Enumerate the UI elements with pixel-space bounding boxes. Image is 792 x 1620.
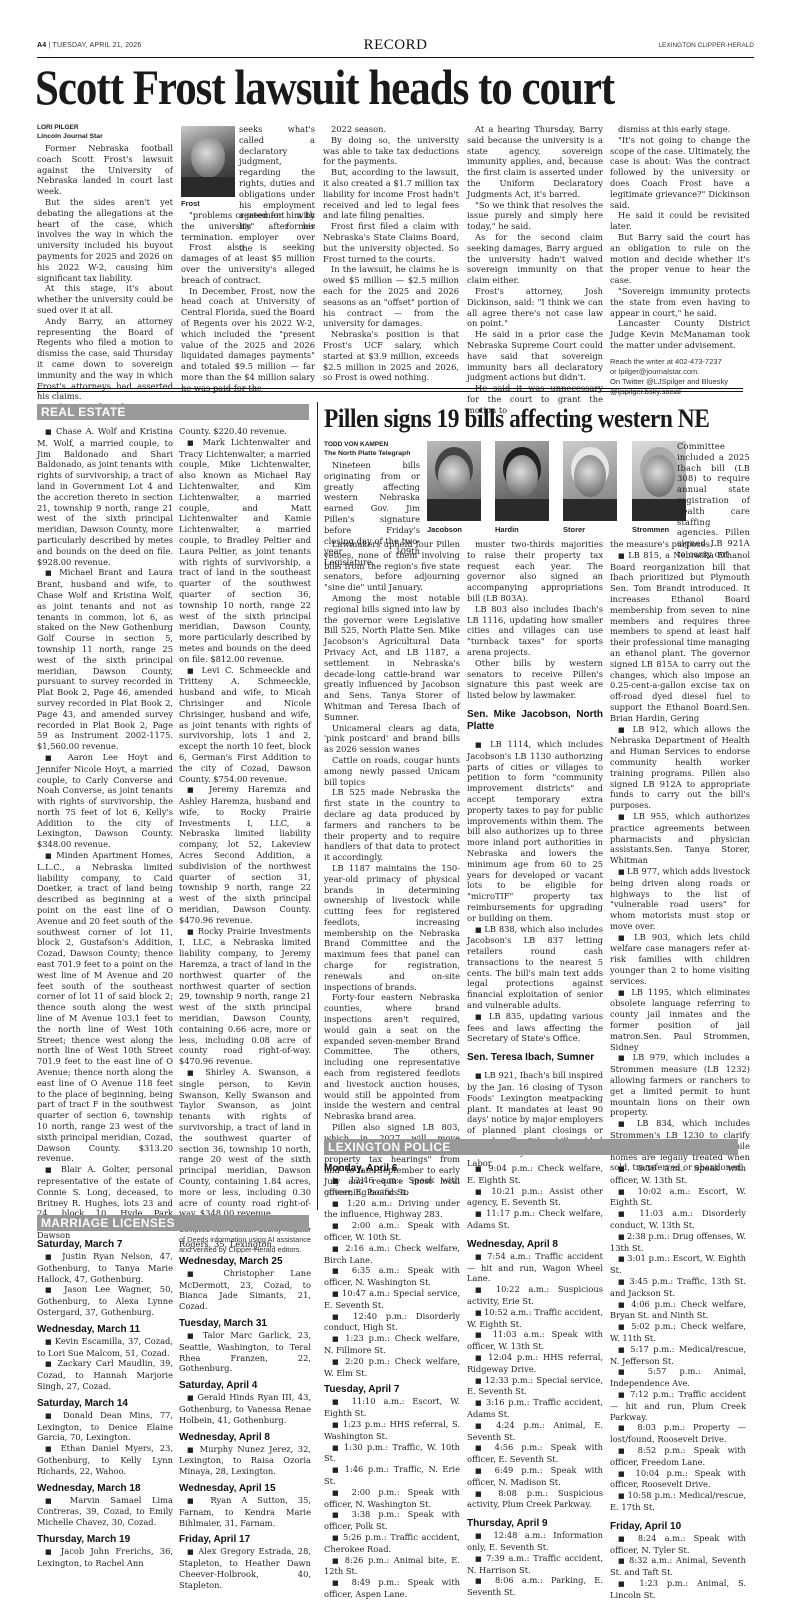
senator-photo-jacobson: Jacobson (427, 441, 481, 534)
list-item: Justin Ryan Nelson, 47, Gothenburg, to T… (37, 1251, 173, 1284)
list-item: Jacob John Frerichs, 36, Lexington, to R… (37, 1546, 173, 1569)
list-item: LB 977, which adds livestock being drive… (610, 866, 750, 932)
frost-photo: Frost (181, 126, 235, 208)
senator-photo-hardin: Hardin (495, 441, 549, 534)
marriage-col-2-body: Wednesday, March 25Christopher Lane McDe… (179, 1256, 311, 1591)
pillen-byline: TODD VON KAMPEN (324, 441, 420, 449)
day-heading: Tuesday, March 31 (179, 1318, 311, 1330)
photo-caption: Storer (563, 525, 617, 534)
list-item: 11:10 a.m.: Escort, W. Eighth St. (324, 1396, 460, 1419)
list-item: 10:22 a.m.: Suspicious activity, Erie St… (467, 1284, 603, 1307)
marriage-col-1: Saturday, March 7Justin Ryan Nelson, 47,… (37, 1239, 173, 1569)
subhead-jacobson: Sen. Mike Jacobson, North Platte (467, 709, 603, 733)
day-heading: Wednesday, March 25 (179, 1256, 311, 1268)
frost-col-1: LORI PILGER Lincoln Journal Star Former … (37, 124, 173, 413)
suit-shape (427, 499, 481, 521)
contact-line: or lpilger@journalstar.com. (610, 367, 750, 377)
face-shape (506, 455, 538, 497)
list-item: Talor Marc Garlick, 23, Seattle, Washing… (179, 1330, 311, 1374)
list-item: 7:39 a.m.: Traffic accident, N. Harrison… (467, 1553, 603, 1576)
paragraph: At this stage, it's about whether the un… (37, 283, 173, 315)
senator-photo-storer: Storer (563, 441, 617, 534)
list-item: LB 1195, which eliminates obsolete langu… (610, 987, 750, 1053)
portrait-image (427, 441, 481, 521)
list-item: 6:35 a.m.: Speak with officer, N. Washin… (324, 1265, 460, 1288)
list-item: Zackary Carl Maudlin, 39, Cozad, to Hann… (37, 1358, 173, 1391)
list-item: LB 835, updating various fees and laws a… (467, 1011, 603, 1044)
list-item: 5:02 p.m.: Check welfare, W. 11th St. (610, 1321, 746, 1344)
list-item: 6:49 p.m.: Speak with officer, N. Madiso… (467, 1465, 603, 1488)
list-item: 1:23 p.m.: Animal, S. Lincoln St. (610, 1578, 746, 1601)
list-item: LB 838, which also includes Jacobson's L… (467, 924, 603, 1011)
list-item: Ethan Daniel Myers, 23, Gothenburg, to K… (37, 1443, 173, 1476)
section-divider (37, 388, 743, 392)
list-item: Kevin Escamilla, 37, Cozad, to Lori Sue … (37, 1336, 173, 1359)
list-item: LB 1114, which includes Jacobson's LB 11… (467, 739, 603, 924)
list-item: LB 955, which authorizes practice agreem… (610, 811, 750, 866)
list-item: LB 903, which lets child welfare case ma… (610, 932, 750, 987)
frost-col-3: 2022 season.By doing so, the university … (323, 124, 459, 383)
day-heading: Wednesday, April 15 (179, 1483, 311, 1495)
photo-caption: Jacobson (427, 525, 481, 534)
list-item: 5:26 p.m.: Traffic accident, Cherokee Ro… (324, 1532, 460, 1555)
list-item: 11:03 a.m.: Speak with officer, W. 13th … (467, 1329, 603, 1352)
list-item: 8:49 p.m.: Speak with officer, Aspen Lan… (324, 1577, 460, 1600)
real-estate-col-2-body: County. $220.40 revenue.Mark Lichtenwalt… (179, 426, 311, 1219)
list-item: LB 979, which includes a Strommen measur… (610, 1052, 750, 1118)
list-item: 8:08 p.m.: Suspicious activity, Plum Cre… (467, 1488, 603, 1511)
list-item: Michael Brant and Laura Brant, husband a… (37, 567, 173, 752)
list-item: Rocky Prairie Investments I, LLC, a Nebr… (179, 926, 311, 1067)
contact-line: Reach the writer at 402-473-7237 (610, 357, 750, 367)
paragraph: But, according to the lawsuit, it also c… (323, 167, 459, 221)
list-item: 9:04 p.m.: Check welfare, E. Eighth St. (467, 1163, 603, 1186)
pillen-col-2-top: muster two-thirds majorities to raise th… (467, 539, 603, 701)
police-col-2-top: 9:04 p.m.: Check welfare, E. Eighth St.1… (467, 1163, 603, 1231)
list-item: 11:03 a.m.: Disorderly conduct, W. 13th … (610, 1208, 746, 1231)
paragraph: Among the most notable regional bills si… (324, 593, 460, 723)
list-item: 3:16 p.m.: Traffic accident, Adams St. (467, 1397, 603, 1420)
list-item: 7:54 a.m.: Traffic accident — hit and ru… (467, 1251, 603, 1284)
list-item: 4:06 p.m.: Check welfare, Bryan St. and … (610, 1299, 746, 1322)
list-item: Chase A. Wolf and Kristina M. Wolf, a ma… (37, 426, 173, 567)
list-item: 10:02 a.m.: Escort, W. Eighth St. (610, 1186, 746, 1209)
list-item: 1:46 p.m.: Traffic, N. Erie St. (324, 1464, 460, 1487)
photo-caption: Hardin (495, 525, 549, 534)
portrait-image (495, 441, 549, 521)
day-heading: Thursday, March 19 (37, 1534, 173, 1546)
list-item: 7:12 p.m.: Traffic accident — hit and ru… (610, 1389, 746, 1422)
list-item: 12:40 p.m.: Disorderly conduct, High St. (324, 1311, 460, 1334)
paragraph: Lancaster County District Judge Kevin Mc… (610, 318, 750, 350)
frost-col-5-body: dismiss at this early stage."It's not go… (610, 124, 750, 351)
list-item: 3:45 p.m.: Traffic, 13th St. and Jackson… (610, 1276, 746, 1299)
list-item: 10:47 a.m.: Special service, E. Seventh … (324, 1288, 460, 1311)
face-shape (574, 455, 606, 497)
paragraph: "Sovereign immunity protects the state f… (610, 286, 750, 318)
list-item: Minden Apartment Homes, L.L.C., a Nebras… (37, 850, 173, 1164)
frost-byline: LORI PILGER (37, 124, 173, 132)
day-heading: Wednesday, April 8 (467, 1239, 603, 1251)
suit-shape (181, 177, 235, 197)
pillen-source: The North Platte Telegraph (324, 449, 420, 458)
frost-photo-caption: Frost (181, 199, 235, 208)
list-item: 2:16 a.m.: Check welfare, Birch Lane. (324, 1243, 460, 1266)
police-col-3-body: Friday, April 108:24 a.m.: Speak with of… (610, 1521, 746, 1601)
day-heading: Saturday, March 7 (37, 1239, 173, 1251)
marriage-col-2: Rogers, 35, Lexington. Wednesday, March … (179, 1239, 311, 1591)
marriage-licenses-header: MARRIAGE LICENSES (37, 1215, 309, 1231)
face-shape (438, 455, 470, 497)
paragraph: But Barry said the court has an obligati… (610, 232, 750, 286)
paragraph: As for the second claim seeking damages,… (467, 232, 603, 286)
day-heading: Tuesday, April 7 (324, 1384, 460, 1396)
list-item: 4:24 p.m.: Animal, E. Seventh St. (467, 1420, 603, 1443)
frost-col-5: dismiss at this early stage."It's not go… (610, 124, 750, 397)
section-name: RECORD (37, 37, 754, 54)
list-item: Aaron Lee Hoyt and Jennifer Nicole Hoyt,… (37, 752, 173, 850)
folio-bar: A4 | TUESDAY, APRIL 21, 2026 RECORD LEXI… (37, 38, 754, 58)
day-heading: Wednesday, April 8 (179, 1432, 311, 1444)
paragraph: LB 803 also includes Ibach's LB 1116, up… (467, 604, 603, 658)
contact-line: On Twitter @LJSpilger and Bluesky (610, 377, 750, 387)
day-heading: Saturday, March 14 (37, 1398, 173, 1410)
list-item: LB 912, which allows the Nebraska Depart… (610, 724, 750, 811)
paragraph: the measure's purposes. (610, 539, 750, 550)
paragraph: By doing so, the university was able to … (323, 135, 459, 167)
list-item: Donald Dean Mins, 77, Lexington, to Deni… (37, 1410, 173, 1443)
pillen-col-1: Lawmakers upheld four Pillen vetoes, non… (324, 539, 460, 1198)
frost-col-1-body: Former Nebraska football coach Scott Fro… (37, 143, 173, 413)
list-item: 12:33 p.m.: Special service, E. Seventh … (467, 1375, 603, 1398)
list-item: LB 815, a Nebraska Ethanol Board reorgan… (610, 550, 750, 724)
suit-shape (495, 499, 549, 521)
list-item: 2:00 p.m.: Speak with officer, N. Washin… (324, 1487, 460, 1510)
pillen-col-2: muster two-thirds majorities to raise th… (467, 539, 603, 1168)
paragraph: Nebraska's position is that Frost's UCF … (323, 329, 459, 383)
pillen-headline: Pillen signs 19 bills affecting western … (324, 404, 709, 434)
paragraph: Frost's attorney, Josh Dickinson, said: … (467, 286, 603, 329)
list-item: 5:57 p.m.: Animal, Independence Ave. (610, 1366, 746, 1389)
paragraph: Unicameral clears ag data, 'pink postcar… (324, 723, 460, 755)
paragraph: Other bills by western senators to recei… (467, 658, 603, 701)
day-heading: Wednesday, March 11 (37, 1324, 173, 1336)
police-col-3: 8:36 a.m.: Speak with officer, W. 13th S… (610, 1163, 746, 1600)
real-estate-header: REAL ESTATE (37, 404, 309, 420)
police-col-3-top: 8:36 a.m.: Speak with officer, W. 13th S… (610, 1163, 746, 1513)
day-heading: Saturday, April 4 (179, 1380, 311, 1392)
list-item: 4:56 p.m.: Speak with officer, E. Sevent… (467, 1442, 603, 1465)
paragraph: Cattle on roads, cougar hunts among newl… (324, 755, 460, 787)
list-item: Levi C. Schmeeckle and Tritteny A. Schme… (179, 665, 311, 785)
frost-col-4: At a hearing Thursday, Barry said becaus… (467, 124, 603, 416)
list-item: Jason Lee Wagner, 50, Gothenburg, to Ale… (37, 1284, 173, 1317)
frost-headline: Scott Frost lawsuit heads to court (35, 58, 654, 116)
paragraph: Lawmakers upheld four Pillen vetoes, non… (324, 539, 460, 593)
paragraph: Frost also is seeking damages of at leas… (181, 242, 315, 285)
list-item: 3:01 p.m.: Escort, W. Eighth St. (610, 1253, 746, 1276)
list-item: 10:58 p.m.: Medical/rescue, E. 17th St. (610, 1490, 746, 1513)
police-col-2-body: Wednesday, April 87:54 a.m.: Traffic acc… (467, 1239, 603, 1598)
list-item: Marvin Samael Lima Contreras, 39, Cozad,… (37, 1495, 173, 1528)
list-item: 8:26 p.m.: Animal bite, E. 12th St. (324, 1555, 460, 1578)
list-item: Ryan A Sutton, 35, Farnam, to Kendra Mar… (179, 1495, 311, 1528)
frost-source: Lincoln Journal Star (37, 132, 173, 141)
paragraph: LB 525 made Nebraska the first state in … (324, 787, 460, 863)
paragraph: At a hearing Thursday, Barry said becaus… (467, 124, 603, 200)
marriage-carry: Rogers, 35, Lexington. (179, 1239, 311, 1250)
pillen-col-3: the measure's purposes.LB 815, a Nebrask… (610, 539, 750, 1173)
list-item: 1:20 a.m.: Driving under the influence, … (324, 1198, 460, 1221)
list-item: Mark Lichtenwalter and Tracy Lichtenwalt… (179, 437, 311, 665)
list-item: 8:06 a.m.: Parking, E. Seventh St. (467, 1575, 603, 1598)
day-heading: Wednesday, March 18 (37, 1483, 173, 1495)
list-item: Gerald Hinds Ryan III, 43, Gothenburg, t… (179, 1392, 311, 1425)
list-item: 10:04 p.m.: Speak with officer, Roosevel… (610, 1468, 746, 1491)
police-col-2: 9:04 p.m.: Check welfare, E. Eighth St.1… (467, 1163, 603, 1598)
day-heading: Monday, April 6 (324, 1163, 460, 1175)
paragraph: In December, Frost, now the head coach a… (181, 286, 315, 394)
suit-shape (563, 499, 617, 521)
column-divider (317, 402, 318, 1210)
list-item: 8:32 a.m.: Animal, Seventh St. and Taft … (610, 1555, 746, 1578)
list-item: 12:04 p.m.: HHS referral, Ridgeway Drive… (467, 1352, 603, 1375)
real-estate-col-1: Chase A. Wolf and Kristina M. Wolf, a ma… (37, 426, 173, 1241)
day-heading: Friday, April 10 (610, 1521, 746, 1533)
list-item: 5:17 p.m.: Medical/rescue, N. Jefferson … (610, 1344, 746, 1367)
real-estate-col-2: County. $220.40 revenue.Mark Lichtenwalt… (179, 426, 311, 1255)
list-item: 2:38 p.m.: Drug offenses, W. 13th St. (610, 1231, 746, 1254)
list-item: Murphy Nunez Jerez, 32, Lexington, to Ra… (179, 1444, 311, 1477)
list-item: 8:03 p.m.: Property — lost/found, Roosev… (610, 1422, 746, 1445)
paragraph: muster two-thirds majorities to raise th… (467, 539, 603, 604)
list-item: 8:24 a.m.: Speak with officer, N. Tyler … (610, 1533, 746, 1556)
face-shape (191, 136, 225, 178)
paragraph: Former Nebraska football coach Scott Fro… (37, 143, 173, 197)
list-item: 2:00 a.m.: Speak with officer, W. 10th S… (324, 1220, 460, 1243)
paragraph: "problems created for him by the univers… (181, 210, 315, 242)
paragraph: He said in a prior case the Nebraska Sup… (467, 329, 603, 383)
paragraph: "So we think that resolves the issue pur… (467, 200, 603, 232)
list-item: Jeremy Haremza and Ashley Haremza, husba… (179, 784, 311, 925)
list-item: 3:38 p.m.: Speak with officer, Polk St. (324, 1509, 460, 1532)
paragraph: Frost first filed a claim with Nebraska'… (323, 221, 459, 264)
list-item: 12:48 a.m.: Information only, E. Seventh… (467, 1530, 603, 1553)
frost-col-2: "problems created for him by the univers… (181, 210, 315, 394)
face-shape (643, 455, 675, 497)
list-item: Shirley A. Swanson, a single person, to … (179, 1067, 311, 1219)
jacobson-bills: LB 1114, which includes Jacobson's LB 11… (467, 739, 603, 1044)
paragraph: He said it could be revisited later. (610, 210, 750, 232)
list-item: 10:52 a.m.: Traffic accident, W. Eighth … (467, 1307, 603, 1330)
paragraph: Forty-four eastern Nebraska counties, wh… (324, 992, 460, 1122)
paper-name: LEXINGTON CLIPPER-HERALD (658, 42, 754, 49)
paragraph: County. $220.40 revenue. (179, 426, 311, 437)
paragraph: LB 1187 maintains the 150-year-old prima… (324, 863, 460, 993)
list-item: 2:20 p.m.: Check welfare, W. Elm St. (324, 1356, 460, 1379)
paragraph: "It's not going to change the scope of t… (610, 135, 750, 211)
day-heading: Friday, April 17 (179, 1534, 311, 1546)
list-item: 1:23 p.m.: Check welfare, N. Fillmore St… (324, 1333, 460, 1356)
list-item: 10:21 p.m.: Assist other agency, E. Seve… (467, 1186, 603, 1209)
list-item: Christopher Lane McDermott, 23, Cozad, t… (179, 1268, 311, 1312)
list-item: 1:30 p.m.: Traffic, W. 10th St. (324, 1442, 460, 1465)
list-item: 8:52 p.m.: Speak with officer, Freedom L… (610, 1445, 746, 1468)
list-item: 1:23 p.m.: HHS referral, S. Washington S… (324, 1419, 460, 1442)
day-heading: Thursday, April 9 (467, 1518, 603, 1530)
frost-portrait-image (181, 126, 235, 197)
portrait-image (563, 441, 617, 521)
paragraph: But the sides aren't yet debating the al… (37, 197, 173, 283)
police-header: LEXINGTON POLICE (324, 1139, 738, 1155)
police-col-1: Monday, April 612:46 a.m.: Speak with of… (324, 1163, 460, 1600)
list-item: Alex Gregory Estrada, 28, Stapleton, to … (179, 1546, 311, 1590)
subhead-ibach: Sen. Teresa Ibach, Sumner (467, 1052, 603, 1064)
paragraph: In the lawsuit, he claims he is owed $5 … (323, 264, 459, 329)
list-item: 8:36 a.m.: Speak with officer, W. 13th S… (610, 1163, 746, 1186)
list-item: 11:17 p.m.: Check welfare, Adams St. (467, 1208, 603, 1231)
paragraph: 2022 season. (323, 124, 459, 135)
paragraph: dismiss at this early stage. (610, 124, 750, 135)
list-item: 12:46 a.m.: Speak with officer, E. Pacif… (324, 1175, 460, 1198)
